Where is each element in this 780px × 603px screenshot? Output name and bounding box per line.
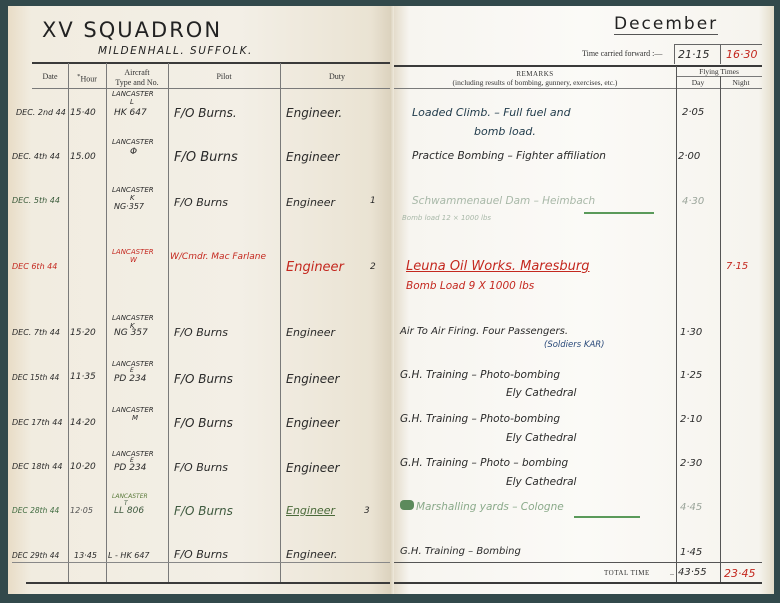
entry-pilot: F/O Burns	[174, 150, 238, 165]
col-header-flying-times: Flying Times	[676, 67, 762, 76]
col-header-hour: *Hour	[68, 72, 106, 85]
flying-times-rule	[676, 76, 762, 77]
footer-rule	[26, 582, 394, 584]
entry-aircraft-no: HK 647	[114, 108, 147, 118]
entry-duty: Engineer.	[286, 106, 342, 120]
entry-pilot: W/Cmdr. Mac Farlane	[170, 252, 278, 263]
carried-forward-box-mid	[720, 44, 721, 64]
entry-date: DEC 15th 44	[12, 373, 59, 382]
entry-date: DEC 6th 44	[12, 262, 57, 271]
entry-duty: Engineer	[286, 504, 335, 517]
entry-remarks-2: Bomb load 12 × 1000 lbs	[402, 214, 491, 222]
entry-date: DEC. 4th 44	[12, 152, 60, 161]
entry-day-time: 2·05	[682, 107, 704, 118]
entry-duty: Engineer	[286, 260, 344, 275]
entry-aircraft-letter: W	[130, 256, 137, 264]
entry-duty: Engineer	[286, 326, 335, 339]
entry-remarks-2: Ely Cathedral	[506, 476, 576, 488]
entry-aircraft-no: NG·357	[114, 202, 144, 211]
carried-forward-box-left	[674, 44, 675, 64]
total-time-label: TOTAL TIME	[604, 569, 650, 577]
col-header-aircraft: Aircraft Type and No.	[106, 68, 168, 88]
col-divider-day	[720, 76, 721, 582]
entry-duty: Engineer	[286, 416, 339, 430]
entry-pilot: F/O Burns	[174, 416, 233, 430]
heimbach-underline	[584, 212, 654, 214]
entry-aircraft-letter: M	[132, 414, 138, 422]
entry-remarks: Leuna Oil Works. Maresburg	[406, 259, 590, 274]
entry-aircraft-letter: E	[130, 367, 134, 374]
entry-remarks: Marshalling yards – Cologne	[416, 501, 564, 513]
entry-aircraft-letter: K	[130, 194, 135, 202]
col-header-duty: Duty	[280, 72, 394, 82]
entry-op-number: 3	[364, 506, 370, 516]
entry-date: DEC 18th 44	[12, 462, 62, 471]
entry-day-time: 2·00	[678, 151, 700, 162]
col-header-aircraft-line1: Aircraft	[106, 68, 168, 78]
total-time-leader: ..	[670, 568, 674, 577]
col-header-remarks-sub: (including results of bombing, gunnery, …	[394, 78, 676, 87]
entry-date: DEC 29th 44	[12, 551, 59, 560]
entry-aircraft-no: L - HK 647	[108, 551, 150, 560]
total-day-time: 43·55	[678, 567, 707, 578]
entry-date: DEC 17th 44	[12, 418, 62, 427]
entry-aircraft-type: LANCASTER	[112, 248, 154, 256]
squadron-title: XV SQUADRON	[42, 18, 222, 42]
entry-aircraft-type: LANCASTER	[112, 493, 148, 500]
entry-hour: 10·20	[70, 462, 96, 472]
entry-duty: Engineer	[286, 196, 335, 209]
entry-duty: Engineer.	[286, 548, 337, 561]
entry-hour: 15.00	[70, 152, 96, 162]
col-divider-pilot	[280, 63, 281, 583]
entry-aircraft-no: PD 234	[114, 374, 146, 384]
right-page: December Time carried forward :— 21·15 1…	[394, 6, 774, 594]
entry-day-time: 1·45	[680, 547, 702, 558]
col-header-aircraft-line2: Type and No.	[106, 78, 168, 88]
cologne-underline	[574, 516, 640, 518]
header-top-rule	[32, 62, 394, 64]
entry-remarks-2: Ely Cathedral	[506, 432, 576, 444]
entry-op-number: 1	[370, 196, 376, 206]
col-divider-remarks	[676, 66, 677, 582]
entry-aircraft-letter: L	[130, 98, 134, 106]
entry-remarks-2: Ely Cathedral	[506, 387, 576, 399]
col-header-remarks: REMARKS	[394, 70, 676, 78]
entry-remarks: G.H. Training – Photo-bombing	[400, 413, 560, 425]
ink-blot	[400, 500, 414, 510]
entry-aircraft-type: LANCASTER	[112, 138, 154, 146]
entry-aircraft-type: LANCASTER	[112, 90, 154, 98]
entry-pilot: F/O Burns	[174, 504, 233, 518]
entry-duty: Engineer	[286, 150, 339, 164]
col-header-day: Day	[676, 78, 720, 87]
entry-remarks: G.H. Training – Photo – bombing	[400, 457, 568, 469]
entry-hour: 12·05	[70, 506, 93, 515]
carried-forward-box-top	[674, 44, 762, 45]
entry-remarks: Air To Air Firing. Four Passengers.	[400, 326, 568, 337]
entry-pilot: F/O Burns	[174, 372, 233, 386]
totals-top-rule	[394, 562, 762, 563]
month-heading: December	[614, 14, 718, 35]
entry-pilot: F/O Burns.	[174, 106, 237, 120]
entry-pilot: F/O Burns	[174, 548, 228, 561]
carried-forward-label: Time carried forward :—	[582, 49, 662, 58]
total-night-time: 23·45	[724, 567, 756, 580]
col-header-date: Date	[32, 72, 68, 82]
col-divider-hour	[106, 63, 107, 583]
entry-pilot: F/O Burns	[174, 326, 228, 339]
header-bottom-rule	[394, 88, 762, 89]
entry-remarks: Loaded Climb. – Full fuel and	[412, 106, 571, 119]
entry-day-time: 1·25	[680, 370, 702, 381]
entry-aircraft-no: LL 806	[114, 506, 144, 516]
entry-day-time: 2·10	[680, 414, 702, 425]
entry-aircraft-no: PD 234	[114, 463, 146, 473]
entry-remarks-2: (Soldiers KAR)	[544, 340, 605, 350]
entry-date: DEC. 5th 44	[12, 196, 60, 205]
col-header-hour-label: Hour	[80, 75, 96, 84]
entry-date: DEC. 2nd 44	[16, 108, 66, 117]
col-header-night: Night	[720, 78, 762, 87]
entry-hour: 11·35	[70, 372, 96, 382]
carried-forward-day: 21·15	[678, 48, 710, 61]
entry-hour: 13·45	[74, 551, 97, 560]
carried-forward-night: 16·30	[726, 48, 758, 61]
entry-aircraft-no: NG 357	[114, 328, 148, 338]
col-divider-aircraft	[168, 63, 169, 583]
entry-hour: 15·20	[70, 328, 96, 338]
entry-day-time: 4·30	[682, 196, 704, 207]
entry-remarks: G.H. Training – Photo-bombing	[400, 369, 560, 381]
entry-remarks: Schwammenauel Dam – Heimbach	[412, 195, 595, 207]
col-divider-date	[68, 63, 69, 583]
last-row-line	[12, 562, 394, 563]
entry-aircraft-type: LANCASTER	[112, 186, 154, 194]
footer-rule	[394, 582, 762, 584]
entry-duty: Engineer	[286, 372, 339, 386]
entry-pilot: F/O Burns	[174, 196, 228, 209]
entry-remarks-2: bomb load.	[474, 125, 536, 138]
entry-hour: 15·40	[70, 108, 96, 118]
entry-day-time: 2·30	[680, 458, 702, 469]
entry-remarks: Practice Bombing – Fighter affiliation	[412, 150, 606, 162]
col-header-pilot: Pilot	[168, 72, 280, 82]
entry-aircraft-type: LANCASTER	[112, 314, 154, 322]
entry-pilot: F/O Burns	[174, 461, 228, 474]
entry-hour: 14·20	[70, 418, 96, 428]
entry-day-time: 1·30	[680, 327, 702, 338]
entry-op-number: 2	[370, 262, 376, 272]
entry-aircraft-type: LANCASTER	[112, 406, 154, 414]
left-page: XV SQUADRON MILDENHALL. SUFFOLK. Date *H…	[8, 6, 394, 594]
entry-date: DEC 28th 44	[12, 506, 59, 515]
entry-remarks: G.H. Training – Bombing	[400, 546, 521, 557]
header-bottom-rule	[32, 88, 394, 89]
entry-aircraft-letter: Φ	[130, 147, 137, 157]
entry-duty: Engineer	[286, 461, 339, 475]
entry-date: DEC. 7th 44	[12, 328, 60, 337]
entry-night-time: 7·15	[726, 261, 748, 272]
squadron-location: MILDENHALL. SUFFOLK.	[98, 45, 253, 57]
entry-day-time: 4·45	[680, 502, 702, 513]
entry-remarks-2: Bomb Load 9 X 1000 lbs	[406, 280, 534, 292]
